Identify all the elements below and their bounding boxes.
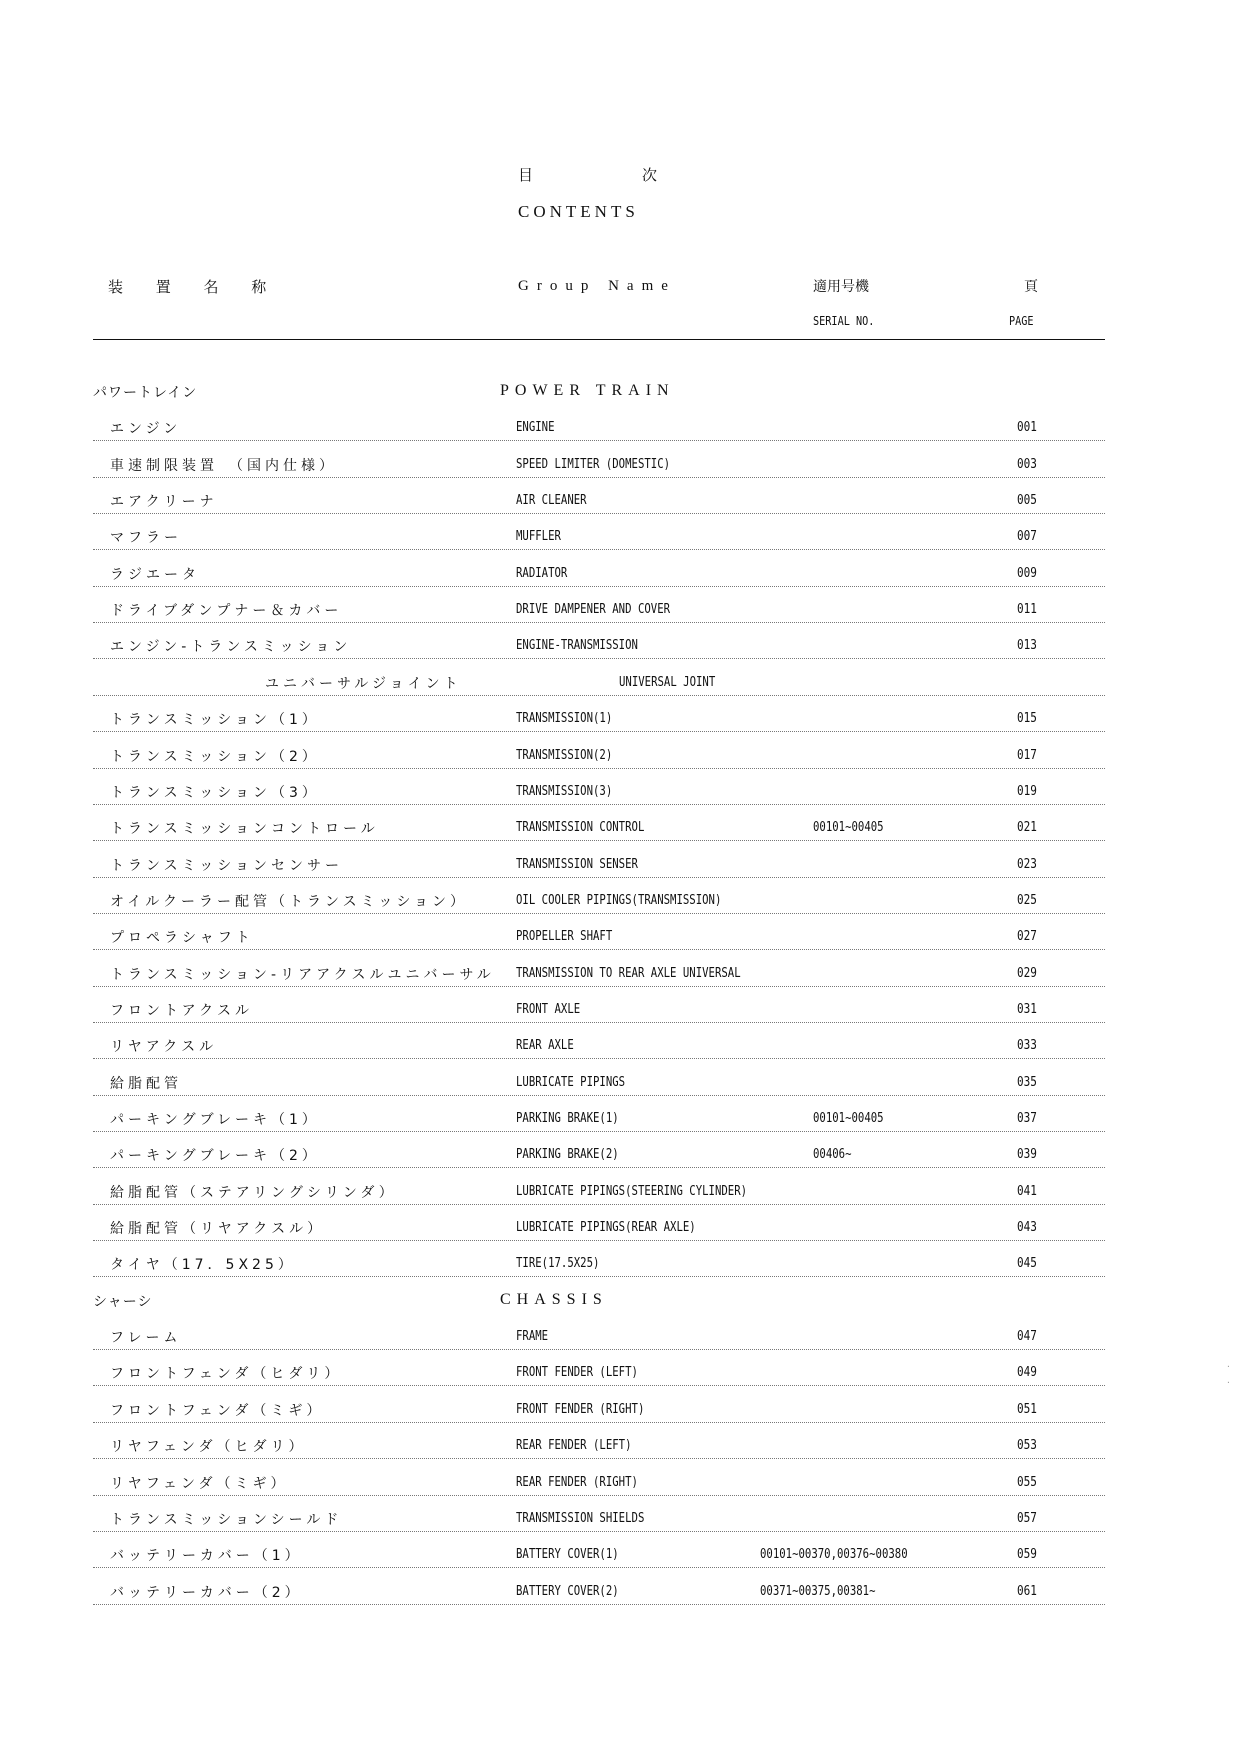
table-row: パーキングブレーキ（1）PARKING BRAKE(1)00101~004050… bbox=[0, 1109, 1240, 1145]
page-number: 009 bbox=[1017, 566, 1037, 581]
page-number: 035 bbox=[1017, 1075, 1037, 1090]
group-name-en: BATTERY COVER(1) bbox=[516, 1547, 619, 1562]
dotted-leader-line bbox=[93, 1131, 1105, 1132]
group-name-en: TRANSMISSION SENSER bbox=[516, 857, 638, 872]
title-jp-first-char: 目 bbox=[518, 164, 533, 185]
device-name-jp: フロントフェンダ（ヒダリ） bbox=[110, 1363, 342, 1383]
page-number: 025 bbox=[1017, 893, 1037, 908]
dotted-leader-line bbox=[93, 1095, 1105, 1096]
group-name-en: OIL COOLER PIPINGS(TRANSMISSION) bbox=[516, 893, 721, 908]
group-name-en: FRONT AXLE bbox=[516, 1002, 580, 1017]
device-name-jp: ユニバーサルジョイント bbox=[265, 673, 462, 693]
dotted-leader-line bbox=[93, 1531, 1105, 1532]
page-number: 027 bbox=[1017, 929, 1037, 944]
group-name-en: UNIVERSAL JOINT bbox=[619, 675, 715, 690]
device-name-jp: フロントアクスル bbox=[110, 1000, 253, 1020]
page-number: 061 bbox=[1017, 1584, 1037, 1599]
device-name-jp: リヤフェンダ（ミギ） bbox=[110, 1473, 288, 1493]
device-name-jp: トランスミッション（1） bbox=[110, 709, 320, 729]
table-row: トランスミッション-リアアクスルユニバーサルTRANSMISSION TO RE… bbox=[0, 964, 1240, 1000]
scan-speck: · bbox=[1226, 1378, 1231, 1387]
dotted-leader-line bbox=[93, 622, 1105, 623]
title-jp-second-char: 次 bbox=[642, 164, 657, 185]
serial-number: 00101~00405 bbox=[813, 820, 884, 835]
table-row: ドライブダンプナー＆カバーDRIVE DAMPENER AND COVER011 bbox=[0, 600, 1240, 636]
dotted-leader-line bbox=[93, 804, 1105, 805]
scan-speck: · bbox=[1226, 1362, 1231, 1371]
dotted-leader-line bbox=[93, 1458, 1105, 1459]
page-number: 013 bbox=[1017, 638, 1037, 653]
dotted-leader-line bbox=[93, 440, 1105, 441]
dotted-leader-line bbox=[93, 913, 1105, 914]
dotted-leader-line bbox=[93, 1349, 1105, 1350]
table-row: フロントフェンダ（ミギ）FRONT FENDER (RIGHT)051 bbox=[0, 1400, 1240, 1436]
subheading-row: ユニバーサルジョイントUNIVERSAL JOINT bbox=[0, 673, 1240, 709]
page-number: 057 bbox=[1017, 1511, 1037, 1526]
dotted-leader-line bbox=[93, 1604, 1105, 1605]
page-number: 023 bbox=[1017, 857, 1037, 872]
table-row: ラジエータRADIATOR009 bbox=[0, 564, 1240, 600]
section-row: パワートレインPOWER TRAIN bbox=[0, 382, 1240, 418]
device-name-jp: オイルクーラー配管（トランスミッション） bbox=[110, 891, 468, 911]
device-name-jp: エンジン-トランスミッション bbox=[110, 636, 351, 656]
device-name-jp: トランスミッションコントロール bbox=[110, 818, 379, 838]
table-row: トランスミッションコントロールTRANSMISSION CONTROL00101… bbox=[0, 818, 1240, 854]
group-name-en: AIR CLEANER bbox=[516, 493, 587, 508]
page-number: 017 bbox=[1017, 748, 1037, 763]
device-name-jp: ドライブダンプナー＆カバー bbox=[110, 600, 342, 620]
dotted-leader-line bbox=[93, 658, 1105, 659]
group-name-en: SPEED LIMITER (DOMESTIC) bbox=[516, 457, 670, 472]
table-row: トランスミッション（1）TRANSMISSION(1)015 bbox=[0, 709, 1240, 745]
table-row: リヤアクスルREAR AXLE033 bbox=[0, 1036, 1240, 1072]
table-row: 給脂配管（ステアリングシリンダ）LUBRICATE PIPINGS(STEERI… bbox=[0, 1182, 1240, 1218]
page-number: 015 bbox=[1017, 711, 1037, 726]
page-number: 005 bbox=[1017, 493, 1037, 508]
group-name-en: LUBRICATE PIPINGS(REAR AXLE) bbox=[516, 1220, 696, 1235]
table-row: トランスミッションシールドTRANSMISSION SHIELDS057 bbox=[0, 1509, 1240, 1545]
device-name-jp: マフラー bbox=[110, 527, 182, 547]
dotted-leader-line bbox=[93, 1495, 1105, 1496]
device-name-jp: エアクリーナ bbox=[110, 491, 218, 511]
column-header-group-name: Group Name bbox=[518, 278, 676, 295]
device-name-jp: タイヤ（17．5X25） bbox=[110, 1254, 296, 1274]
column-header-device-name-jp: 装 置 名 称 bbox=[108, 276, 280, 297]
group-name-en: TRANSMISSION SHIELDS bbox=[516, 1511, 644, 1526]
group-name-en: TIRE(17.5X25) bbox=[516, 1256, 599, 1271]
group-name-en: FRONT FENDER (LEFT) bbox=[516, 1365, 638, 1380]
table-row: トランスミッション（2）TRANSMISSION(2)017 bbox=[0, 746, 1240, 782]
page-number: 041 bbox=[1017, 1184, 1037, 1199]
group-name-en: FRONT FENDER (RIGHT) bbox=[516, 1402, 644, 1417]
page-number: 021 bbox=[1017, 820, 1037, 835]
page-number: 001 bbox=[1017, 420, 1037, 435]
dotted-leader-line bbox=[93, 1058, 1105, 1059]
page-number: 039 bbox=[1017, 1147, 1037, 1162]
table-row: リヤフェンダ（ミギ）REAR FENDER (RIGHT)055 bbox=[0, 1473, 1240, 1509]
group-name-en: FRAME bbox=[516, 1329, 548, 1344]
device-name-jp: パーキングブレーキ（1） bbox=[110, 1109, 320, 1129]
group-name-en: TRANSMISSION(1) bbox=[516, 711, 612, 726]
page-number: 011 bbox=[1017, 602, 1037, 617]
device-name-jp: トランスミッション-リアアクスルユニバーサル bbox=[110, 964, 495, 984]
group-name-en: POWER TRAIN bbox=[500, 382, 675, 400]
dotted-leader-line bbox=[93, 1022, 1105, 1023]
group-name-en: CHASSIS bbox=[500, 1291, 608, 1309]
serial-number: 00101~00405 bbox=[813, 1111, 884, 1126]
table-row: エンジンENGINE001 bbox=[0, 418, 1240, 454]
device-name-jp: プロペラシャフト bbox=[110, 927, 254, 947]
page-title: CONTENTS bbox=[518, 202, 639, 222]
group-name-en: PARKING BRAKE(2) bbox=[516, 1147, 619, 1162]
dotted-leader-line bbox=[93, 695, 1105, 696]
group-name-en: PARKING BRAKE(1) bbox=[516, 1111, 619, 1126]
device-name-jp: バッテリーカバー（1） bbox=[110, 1545, 303, 1565]
device-name-jp: シャーシ bbox=[93, 1291, 152, 1311]
table-row: リヤフェンダ（ヒダリ）REAR FENDER (LEFT)053 bbox=[0, 1436, 1240, 1472]
device-name-jp: ラジエータ bbox=[110, 564, 200, 584]
group-name-en: TRANSMISSION TO REAR AXLE UNIVERSAL bbox=[516, 966, 741, 981]
page-number: 003 bbox=[1017, 457, 1037, 472]
dotted-leader-line bbox=[93, 1385, 1105, 1386]
table-row: プロペラシャフトPROPELLER SHAFT027 bbox=[0, 927, 1240, 963]
device-name-jp: 給脂配管（ステアリングシリンダ） bbox=[110, 1182, 397, 1202]
group-name-en: LUBRICATE PIPINGS(STEERING CYLINDER) bbox=[516, 1184, 747, 1199]
dotted-leader-line bbox=[93, 768, 1105, 769]
table-row: フロントフェンダ（ヒダリ）FRONT FENDER (LEFT)049 bbox=[0, 1363, 1240, 1399]
dotted-leader-line bbox=[93, 1567, 1105, 1568]
device-name-jp: パワートレイン bbox=[93, 382, 197, 402]
table-row: オイルクーラー配管（トランスミッション）OIL COOLER PIPINGS(T… bbox=[0, 891, 1240, 927]
serial-number: 00101~00370,00376~00380 bbox=[760, 1547, 908, 1562]
group-name-en: TRANSMISSION CONTROL bbox=[516, 820, 644, 835]
table-row: フレームFRAME047 bbox=[0, 1327, 1240, 1363]
serial-number: 00406~ bbox=[813, 1147, 852, 1162]
device-name-jp: トランスミッションセンサー bbox=[110, 855, 343, 875]
table-row: エアクリーナAIR CLEANER005 bbox=[0, 491, 1240, 527]
table-row: フロントアクスルFRONT AXLE031 bbox=[0, 1000, 1240, 1036]
page-number: 053 bbox=[1017, 1438, 1037, 1453]
device-name-jp: フロントフェンダ（ミギ） bbox=[110, 1400, 324, 1420]
group-name-en: ENGINE-TRANSMISSION bbox=[516, 638, 638, 653]
dotted-leader-line bbox=[93, 731, 1105, 732]
device-name-jp: リヤアクスル bbox=[110, 1036, 217, 1056]
device-name-jp: 給脂配管 bbox=[110, 1073, 182, 1093]
page-number: 007 bbox=[1017, 529, 1037, 544]
page-number: 051 bbox=[1017, 1402, 1037, 1417]
table-row: パーキングブレーキ（2）PARKING BRAKE(2)00406~039 bbox=[0, 1145, 1240, 1181]
dotted-leader-line bbox=[93, 949, 1105, 950]
group-name-en: REAR FENDER (RIGHT) bbox=[516, 1475, 638, 1490]
table-row: トランスミッションセンサーTRANSMISSION SENSER023 bbox=[0, 855, 1240, 891]
page-number: 029 bbox=[1017, 966, 1037, 981]
header-rule bbox=[93, 339, 1105, 340]
dotted-leader-line bbox=[93, 549, 1105, 550]
device-name-jp: 給脂配管（リヤアクスル） bbox=[110, 1218, 325, 1238]
dotted-leader-line bbox=[93, 1240, 1105, 1241]
group-name-en: REAR FENDER (LEFT) bbox=[516, 1438, 632, 1453]
group-name-en: LUBRICATE PIPINGS bbox=[516, 1075, 625, 1090]
page-number: 045 bbox=[1017, 1256, 1037, 1271]
dotted-leader-line bbox=[93, 1276, 1105, 1277]
table-row: バッテリーカバー（1）BATTERY COVER(1)00101~00370,0… bbox=[0, 1545, 1240, 1581]
dotted-leader-line bbox=[93, 877, 1105, 878]
dotted-leader-line bbox=[93, 840, 1105, 841]
page-number: 019 bbox=[1017, 784, 1037, 799]
table-row: 車速制限装置 （国内仕様）SPEED LIMITER (DOMESTIC)003 bbox=[0, 455, 1240, 491]
table-row: マフラーMUFFLER007 bbox=[0, 527, 1240, 563]
table-row: タイヤ（17．5X25）TIRE(17.5X25)045 bbox=[0, 1254, 1240, 1290]
dotted-leader-line bbox=[93, 986, 1105, 987]
page-number: 047 bbox=[1017, 1329, 1037, 1344]
table-row: 給脂配管（リヤアクスル）LUBRICATE PIPINGS(REAR AXLE)… bbox=[0, 1218, 1240, 1254]
group-name-en: BATTERY COVER(2) bbox=[516, 1584, 619, 1599]
column-header-page-jp: 頁 bbox=[1024, 276, 1038, 296]
device-name-jp: トランスミッション（3） bbox=[110, 782, 320, 802]
dotted-leader-line bbox=[93, 1204, 1105, 1205]
device-name-jp: エンジン bbox=[110, 418, 181, 438]
dotted-leader-line bbox=[93, 1422, 1105, 1423]
device-name-jp: 車速制限装置 （国内仕様） bbox=[110, 455, 337, 475]
dotted-leader-line bbox=[93, 586, 1105, 587]
page-number: 037 bbox=[1017, 1111, 1037, 1126]
dotted-leader-line bbox=[93, 477, 1105, 478]
group-name-en: ENGINE bbox=[516, 420, 555, 435]
group-name-en: RADIATOR bbox=[516, 566, 567, 581]
page-number: 059 bbox=[1017, 1547, 1037, 1562]
page-number: 055 bbox=[1017, 1475, 1037, 1490]
dotted-leader-line bbox=[93, 1167, 1105, 1168]
device-name-jp: バッテリーカバー（2） bbox=[110, 1582, 303, 1602]
column-header-page-en: PAGE bbox=[1009, 314, 1034, 328]
column-header-serial-jp: 適用号機 bbox=[813, 276, 869, 296]
page-number: 043 bbox=[1017, 1220, 1037, 1235]
group-name-en: TRANSMISSION(3) bbox=[516, 784, 612, 799]
device-name-jp: パーキングブレーキ（2） bbox=[110, 1145, 320, 1165]
serial-number: 00371~00375,00381~ bbox=[760, 1584, 876, 1599]
table-row: バッテリーカバー（2）BATTERY COVER(2)00371~00375,0… bbox=[0, 1582, 1240, 1618]
page-number: 031 bbox=[1017, 1002, 1037, 1017]
device-name-jp: トランスミッションシールド bbox=[110, 1509, 342, 1529]
page-number: 049 bbox=[1017, 1365, 1037, 1380]
dotted-leader-line bbox=[93, 513, 1105, 514]
group-name-en: TRANSMISSION(2) bbox=[516, 748, 612, 763]
group-name-en: MUFFLER bbox=[516, 529, 561, 544]
group-name-en: DRIVE DAMPENER AND COVER bbox=[516, 602, 670, 617]
table-row: トランスミッション（3）TRANSMISSION(3)019 bbox=[0, 782, 1240, 818]
device-name-jp: リヤフェンダ（ヒダリ） bbox=[110, 1436, 306, 1456]
table-row: 給脂配管LUBRICATE PIPINGS035 bbox=[0, 1073, 1240, 1109]
column-header-serial-en: SERIAL NO. bbox=[813, 314, 874, 328]
group-name-en: PROPELLER SHAFT bbox=[516, 929, 612, 944]
page-number: 033 bbox=[1017, 1038, 1037, 1053]
device-name-jp: フレーム bbox=[110, 1327, 181, 1347]
table-row: エンジン-トランスミッションENGINE-TRANSMISSION013 bbox=[0, 636, 1240, 672]
section-row: シャーシCHASSIS bbox=[0, 1291, 1240, 1327]
group-name-en: REAR AXLE bbox=[516, 1038, 574, 1053]
device-name-jp: トランスミッション（2） bbox=[110, 746, 320, 766]
